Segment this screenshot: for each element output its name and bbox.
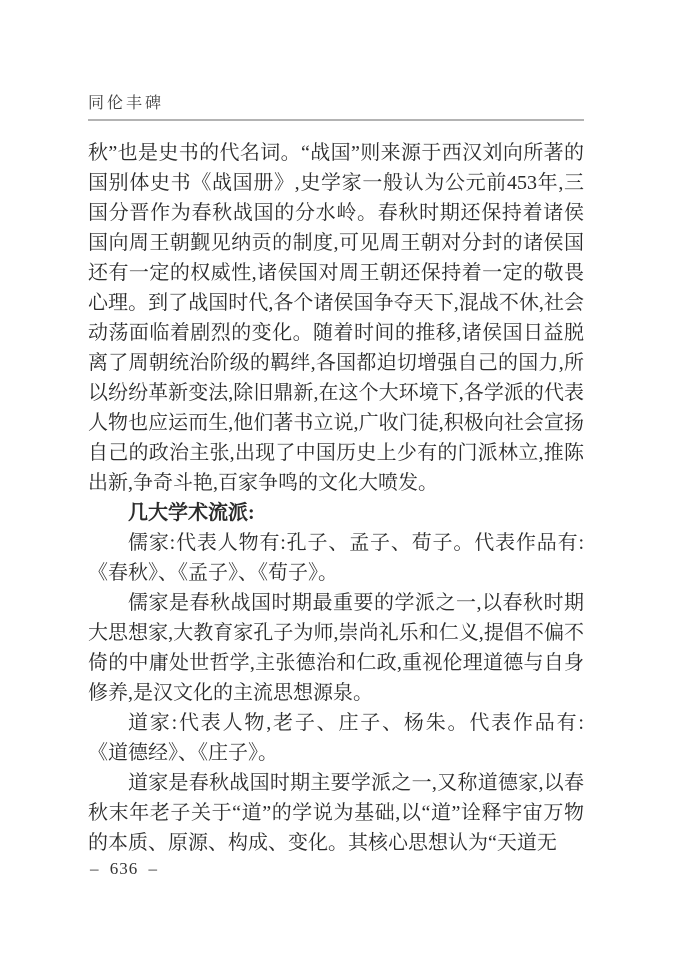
- running-title: 同伦丰碑: [88, 94, 584, 114]
- book-page: 同伦丰碑 秋”也是史书的代名词。“战国”则来源于西汉刘向所著的国别体史书《战国册…: [0, 0, 692, 968]
- page-header: 同伦丰碑: [88, 94, 584, 121]
- paragraph: 儒家:代表人物有:孔子、孟子、荀子。代表作品有:《春秋》、《孟子》、《荀子》。: [88, 528, 584, 588]
- section-heading: 几大学术流派:: [88, 498, 584, 528]
- page-number: – 636 –: [90, 859, 158, 878]
- paragraph: 秋”也是史书的代名词。“战国”则来源于西汉刘向所著的国别体史书《战国册》,史学家…: [88, 138, 584, 498]
- paragraph: 道家:代表人物,老子、庄子、杨朱。代表作品有:《道德经》、《庄子》。: [88, 708, 584, 768]
- paragraph: 儒家是春秋战国时期最重要的学派之一,以春秋时期大思想家,大教育家孔子为师,崇尚礼…: [88, 588, 584, 708]
- paragraph: 道家是春秋战国时期主要学派之一,又称道德家,以春秋末年老子关于“道”的学说为基础…: [88, 768, 584, 858]
- header-rule: [88, 119, 584, 121]
- page-footer: – 636 –: [90, 858, 158, 880]
- body-text: 秋”也是史书的代名词。“战国”则来源于西汉刘向所著的国别体史书《战国册》,史学家…: [88, 138, 584, 858]
